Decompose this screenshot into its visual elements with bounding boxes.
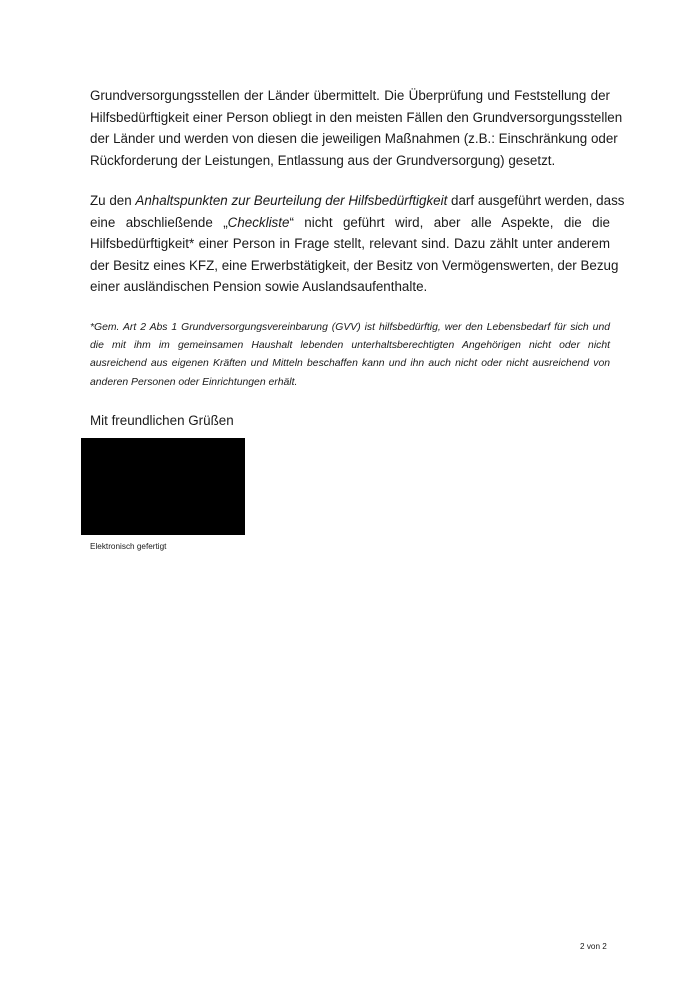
footnote-line: die mit ihm im gemeinsamen Haushalt lebe… bbox=[90, 337, 610, 355]
closing-greeting: Mit freundlichen Grüßen bbox=[90, 413, 234, 428]
text-line: Zu den Anhaltspunkten zur Beurteilung de… bbox=[90, 190, 610, 212]
footnote: *Gem. Art 2 Abs 1 Grundversorgungsverein… bbox=[90, 319, 610, 392]
text-line: Grundversorgungsstellen der Länder überm… bbox=[90, 85, 610, 107]
italic-term: Anhaltspunkten zur Beurteilung der Hilfs… bbox=[135, 193, 447, 208]
text-span: darf ausgeführt werden, dass bbox=[447, 193, 624, 208]
text-span: “ nicht geführt wird, aber alle Aspekte,… bbox=[289, 215, 610, 230]
text-line: eine abschließende „Checkliste“ nicht ge… bbox=[90, 212, 610, 234]
text-line: der Länder und werden von diesen die jew… bbox=[90, 128, 610, 150]
text-span: eine abschließende „ bbox=[90, 215, 228, 230]
text-line: einer ausländischen Pension sowie Auslan… bbox=[90, 276, 610, 298]
footnote-line: *Gem. Art 2 Abs 1 Grundversorgungsverein… bbox=[90, 319, 610, 337]
page-number: 2 von 2 bbox=[580, 942, 607, 951]
paragraph-assessment-authority: Grundversorgungsstellen der Länder überm… bbox=[90, 85, 610, 171]
footnote-line: anderen Personen oder Einrichtungen erhä… bbox=[90, 374, 610, 392]
text-line: Rückforderung der Leistungen, Entlassung… bbox=[90, 150, 610, 172]
text-line: der Besitz eines KFZ, eine Erwerbstätigk… bbox=[90, 255, 610, 277]
text-line: Hilfsbedürftigkeit* einer Person in Frag… bbox=[90, 233, 610, 255]
footnote-line: ausreichend aus eigenen Kräften und Mitt… bbox=[90, 355, 610, 373]
italic-term: Checkliste bbox=[228, 215, 290, 230]
text-line: Hilfsbedürftigkeit einer Person obliegt … bbox=[90, 107, 610, 129]
redacted-signature bbox=[81, 438, 245, 535]
text-span: Zu den bbox=[90, 193, 135, 208]
signature-note: Elektronisch gefertigt bbox=[90, 542, 166, 551]
paragraph-indicators: Zu den Anhaltspunkten zur Beurteilung de… bbox=[90, 190, 610, 298]
document-page: Grundversorgungsstellen der Länder überm… bbox=[0, 0, 700, 990]
